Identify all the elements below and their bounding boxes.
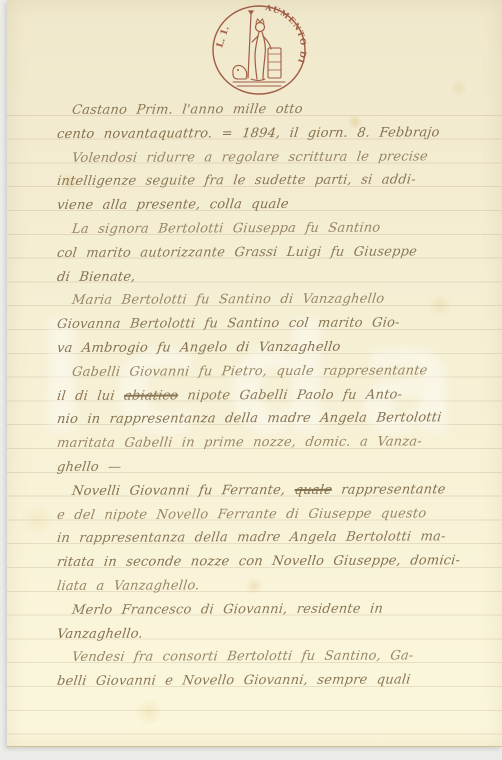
manuscript-line: cento novantaquattro. = 1894, il giorn. … xyxy=(56,121,479,147)
manuscript-line: Maria Bertolotti fu Santino di Vanzaghel… xyxy=(56,288,479,314)
manuscript-line: Vendesi fra consorti Bertolotti fu Santi… xyxy=(56,644,479,670)
struck-word: quale xyxy=(294,483,333,498)
manuscript-line: ritata in seconde nozze con Novello Gius… xyxy=(56,549,479,575)
manuscript-line: La signora Bertolotti Giuseppa fu Santin… xyxy=(56,216,479,242)
stamp-left-label: L. 1. xyxy=(215,25,231,49)
manuscript-line: Vanzaghello. xyxy=(56,621,479,647)
manuscript-line: di Bienate, xyxy=(56,264,479,290)
manuscript-line: in rappresentanza della madre Angela Ber… xyxy=(56,526,479,552)
manuscript-line: ghello — xyxy=(56,454,479,480)
manuscript-line: intelligenze seguite fra le sudette part… xyxy=(56,169,479,195)
manuscript-line: va Ambrogio fu Angelo di Vanzaghello xyxy=(56,335,479,361)
manuscript-line: nio in rappresentanza della madre Angela… xyxy=(56,407,479,433)
manuscript-line: col marito autorizzante Grassi Luigi fu … xyxy=(56,240,479,266)
manuscript-page: lcda AUMENTO DI 6/10 L. 1. xyxy=(7,0,502,747)
manuscript-line: Gabelli Giovanni fu Pietro, quale rappre… xyxy=(56,359,479,385)
manuscript-line: e del nipote Novello Ferrante di Giusepp… xyxy=(56,502,479,528)
manuscript-line: Castano Prim. l'anno mille otto xyxy=(56,97,479,123)
manuscript-line: Volendosi ridurre a regolare scrittura l… xyxy=(56,145,479,171)
manuscript-line: belli Giovanni e Novello Giovanni, sempr… xyxy=(56,668,479,694)
manuscript-line: liata a Vanzaghello. xyxy=(56,573,479,599)
manuscript-line: Giovanna Bertolotti fu Santino col marit… xyxy=(56,311,479,337)
manuscript-text: Castano Prim. l'anno mille ottocento nov… xyxy=(57,99,477,694)
struck-word: abiatico xyxy=(123,388,179,403)
revenue-stamp: AUMENTO DI 6/10 L. 1. xyxy=(207,2,311,98)
manuscript-line: viene alla presente, colla quale xyxy=(56,192,479,218)
manuscript-line: Merlo Francesco di Giovanni, residente i… xyxy=(56,597,479,623)
manuscript-line: maritata Gabelli in prime nozze, domic. … xyxy=(56,430,479,456)
stamp-figure-icon xyxy=(233,11,285,86)
manuscript-line: il di lui abiatico nipote Gabelli Paolo … xyxy=(56,383,479,409)
scanned-document-photo: { "stamp": { "left_label": "L. 1.", "arc… xyxy=(0,0,502,760)
manuscript-line: Novelli Giovanni fu Ferrante, quale rapp… xyxy=(56,478,479,504)
